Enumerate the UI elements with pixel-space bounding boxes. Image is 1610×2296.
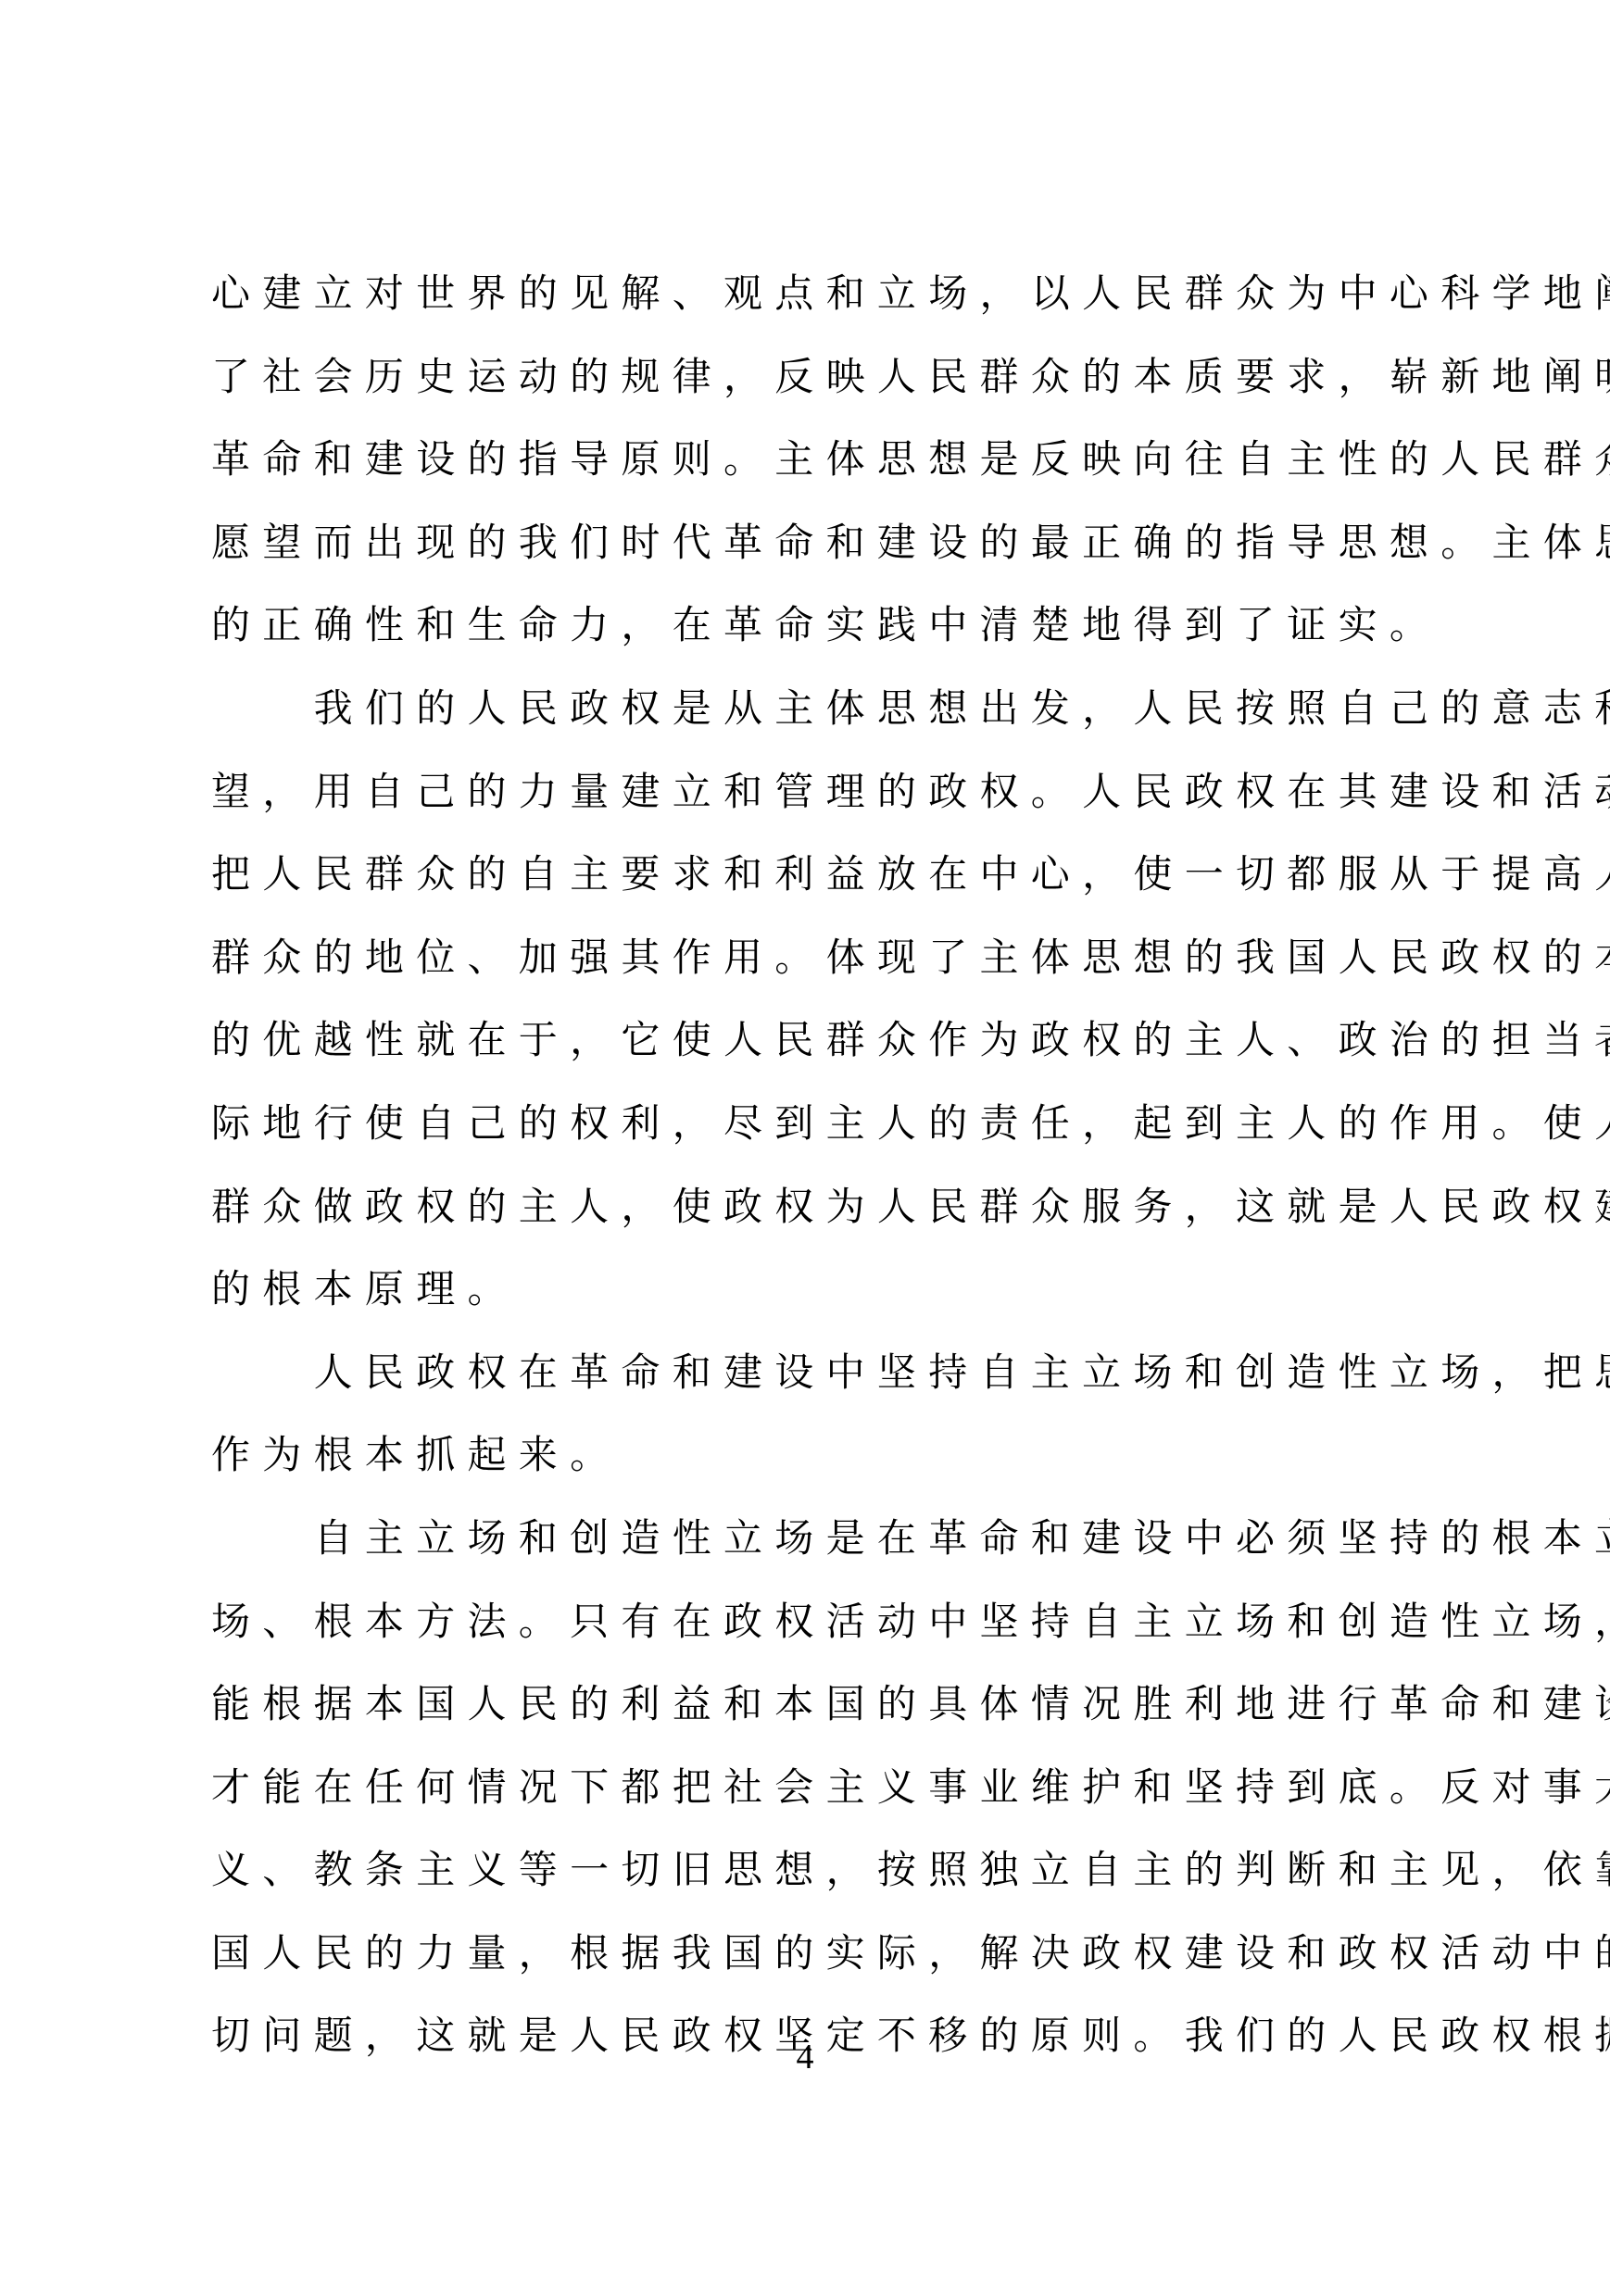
text-line: 把人民群众的自主要求和利益放在中心，使一切都服从于提高人民 bbox=[211, 833, 1406, 916]
text-line: 国人民的力量，根据我国的实际，解决政权建设和政权活动中的一 bbox=[211, 1912, 1406, 1995]
text-line: 的正确性和生命力，在革命实践中清楚地得到了证实。 bbox=[211, 583, 1406, 667]
text-line: 自主立场和创造性立场是在革命和建设中必须坚持的根本立 bbox=[211, 1497, 1406, 1580]
text-line: 义、教条主义等一切旧思想，按照独立自主的判断和主见，依靠我 bbox=[211, 1828, 1406, 1912]
text-line: 望，用自己的力量建立和管理的政权。人民政权在其建设和活动中 bbox=[211, 750, 1406, 834]
text-line: 能根据本国人民的利益和本国的具体情况胜利地进行革命和建设， bbox=[211, 1662, 1406, 1746]
text-line: 心建立对世界的见解、观点和立场，以人民群众为中心科学地阐明 bbox=[211, 252, 1406, 335]
text-line: 群众做政权的主人，使政权为人民群众服务，这就是人民政权建设 bbox=[211, 1165, 1406, 1248]
body-text: 心建立对世界的见解、观点和立场，以人民群众为中心科学地阐明 了社会历史运动的规律… bbox=[211, 252, 1406, 2077]
text-line: 革命和建设的指导原则。主体思想是反映向往自主性的人民群众的 bbox=[211, 418, 1406, 501]
page-number: 4 bbox=[0, 2034, 1610, 2080]
text-line: 际地行使自己的权利，尽到主人的责任，起到主人的作用。使人民 bbox=[211, 1082, 1406, 1165]
text-line: 群众的地位、加强其作用。体现了主体思想的我国人民政权的本质 bbox=[211, 916, 1406, 999]
text-line: 的优越性就在于，它使人民群众作为政权的主人、政治的担当者实 bbox=[211, 998, 1406, 1082]
text-line: 我们的人民政权是从主体思想出发，人民按照自己的意志和愿 bbox=[211, 667, 1406, 750]
text-line: 了社会历史运动的规律，反映人民群众的本质要求，崭新地阐明了 bbox=[211, 335, 1406, 419]
text-line: 愿望而出现的我们时代革命和建设的最正确的指导思想。主体思想 bbox=[211, 501, 1406, 584]
text-line: 人民政权在革命和建设中坚持自主立场和创造性立场，把思想 bbox=[211, 1331, 1406, 1414]
document-page: 心建立对世界的见解、观点和立场，以人民群众为中心科学地阐明 了社会历史运动的规律… bbox=[0, 0, 1610, 2296]
text-line: 作为根本抓起来。 bbox=[211, 1413, 1406, 1497]
text-line: 场、根本方法。只有在政权活动中坚持自主立场和创造性立场，才 bbox=[211, 1580, 1406, 1663]
text-line: 才能在任何情况下都把社会主义事业维护和坚持到底。反对事大主 bbox=[211, 1746, 1406, 1829]
text-line: 的根本原理。 bbox=[211, 1248, 1406, 1331]
